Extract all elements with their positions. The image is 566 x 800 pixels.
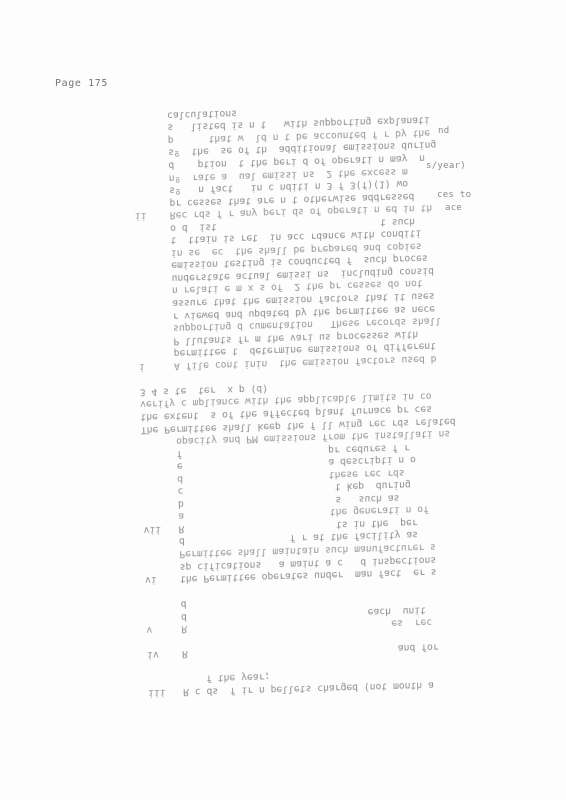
stray-fragment-ace: ace <box>445 203 462 213</box>
stray-fragment-nd: nd <box>438 126 449 136</box>
mirrored-text-block: iii R c ds f ir n pellets charged (not m… <box>132 99 482 698</box>
stray-fragment-per-year: s/year) <box>426 161 466 171</box>
stray-fragment-ces-to: ces to <box>437 190 471 200</box>
page-number-label: Page 175 <box>55 78 108 89</box>
